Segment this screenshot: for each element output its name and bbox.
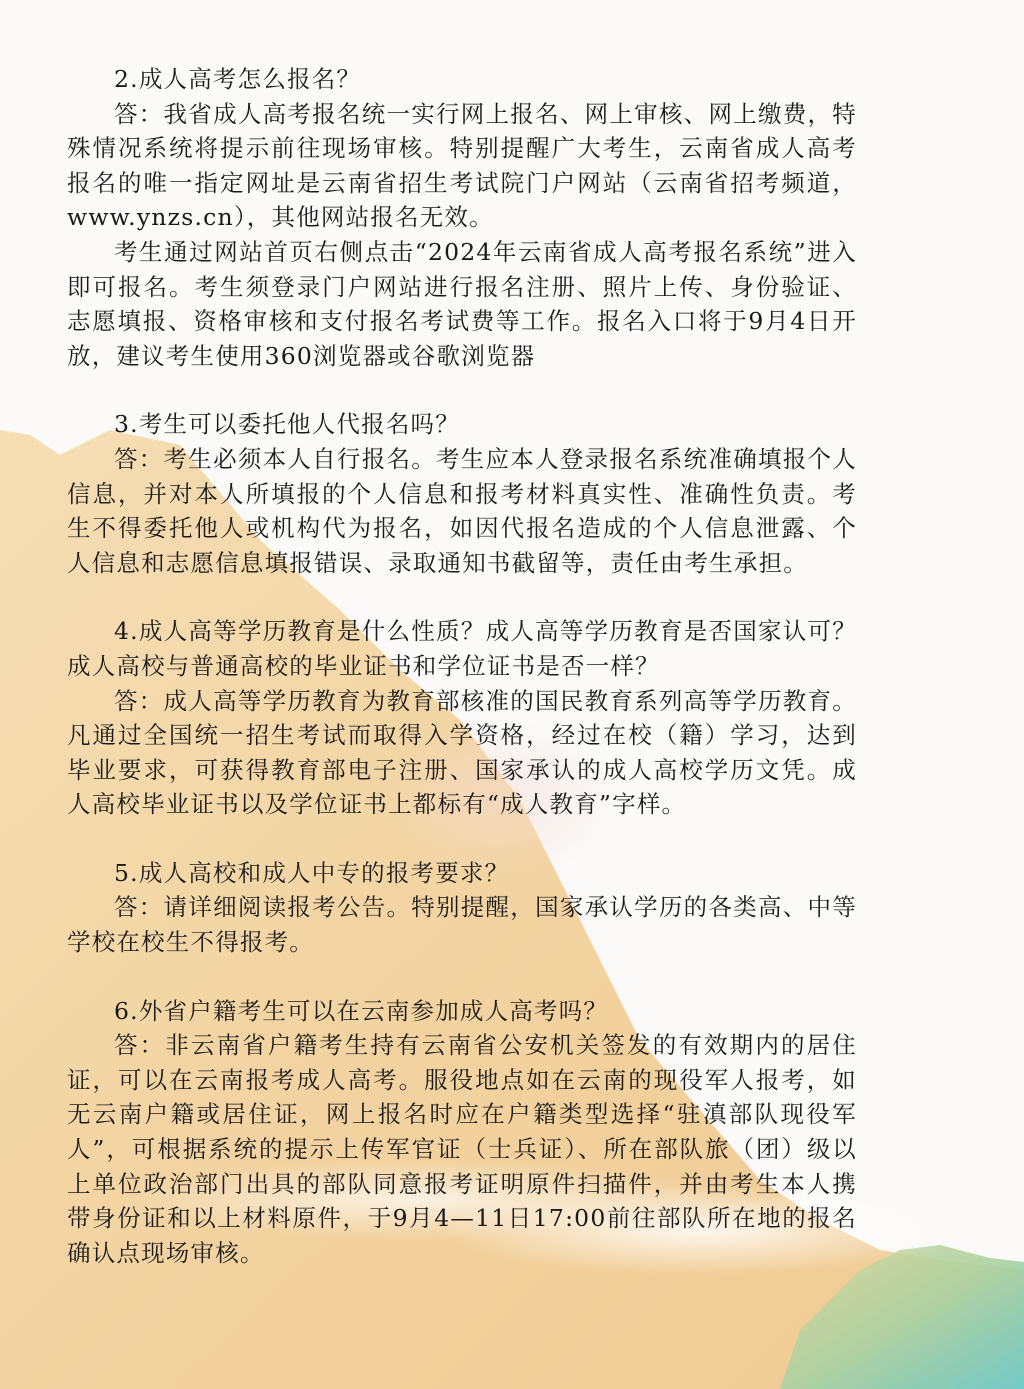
question: 2.成人高考怎么报名？ xyxy=(67,62,857,97)
answer: 答：非云南省户籍考生持有云南省公安机关签发的有效期内的居住证，可以在云南报考成人… xyxy=(67,1028,857,1270)
answer: 答：请详细阅读报考公告。特别提醒，国家承认学历的各类高、中等学校在校生不得报考。 xyxy=(67,890,857,959)
question: 4.成人高等学历教育是什么性质？成人高等学历教育是否国家认可？成人高校与普通高校… xyxy=(67,614,857,683)
answer: 考生通过网站首页右侧点击“2024年云南省成人高考报名系统”进入即可报名。考生须… xyxy=(67,235,857,373)
question: 6.外省户籍考生可以在云南参加成人高考吗？ xyxy=(67,994,857,1029)
question: 5.成人高校和成人中专的报考要求？ xyxy=(67,856,857,891)
faq-item-2: 2.成人高考怎么报名？ 答：我省成人高考报名统一实行网上报名、网上审核、网上缴费… xyxy=(67,62,857,373)
faq-item-3: 3.考生可以委托他人代报名吗？ 答：考生必须本人自行报名。考生应本人登录报名系统… xyxy=(67,407,857,580)
faq-item-5: 5.成人高校和成人中专的报考要求？ 答：请详细阅读报考公告。特别提醒，国家承认学… xyxy=(67,856,857,960)
answer: 答：考生必须本人自行报名。考生应本人登录报名系统准确填报个人信息，并对本人所填报… xyxy=(67,442,857,580)
faq-item-6: 6.外省户籍考生可以在云南参加成人高考吗？ 答：非云南省户籍考生持有云南省公安机… xyxy=(67,994,857,1271)
faq-document: 2.成人高考怎么报名？ 答：我省成人高考报名统一实行网上报名、网上审核、网上缴费… xyxy=(67,62,857,1304)
answer: 答：成人高等学历教育为教育部核准的国民教育系列高等学历教育。凡通过全国统一招生考… xyxy=(67,684,857,822)
faq-item-4: 4.成人高等学历教育是什么性质？成人高等学历教育是否国家认可？成人高校与普通高校… xyxy=(67,614,857,822)
answer: 答：我省成人高考报名统一实行网上报名、网上审核、网上缴费，特殊情况系统将提示前往… xyxy=(67,97,857,235)
question: 3.考生可以委托他人代报名吗？ xyxy=(67,407,857,442)
